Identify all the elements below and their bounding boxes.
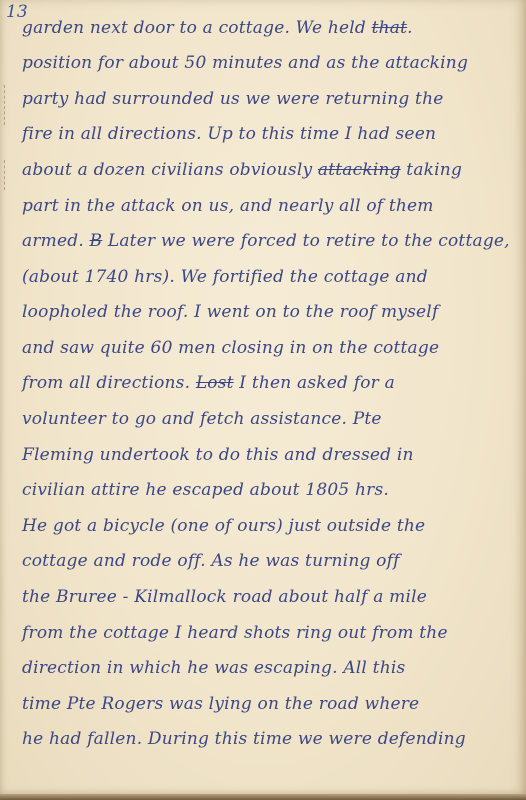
line-text: garden next door to a cottage. We held: [22, 18, 372, 38]
handwritten-line: armed. B Later we were forced to retire …: [22, 231, 520, 251]
line-text: armed.: [22, 231, 90, 251]
handwritten-line: part in the attack on us, and nearly all…: [22, 196, 520, 216]
line-text: about a dozen civilians obviously: [22, 160, 318, 180]
line-text: time Pte Rogers was lying on the road wh…: [22, 694, 419, 714]
line-text-continued: I then asked for a: [234, 373, 395, 393]
handwritten-line: civilian attire he escaped about 1805 hr…: [22, 480, 520, 500]
margin-mark: [4, 160, 6, 190]
line-text: Fleming undertook to do this and dressed…: [22, 445, 414, 465]
line-text-continued: .: [407, 18, 413, 38]
page-bottom-edge: [0, 794, 526, 800]
line-text: cottage and rode off. As he was turning …: [22, 551, 400, 571]
handwritten-line: garden next door to a cottage. We held t…: [22, 18, 520, 38]
handwritten-line: position for about 50 minutes and as the…: [22, 53, 520, 73]
handwritten-line: he had fallen. During this time we were …: [22, 729, 520, 749]
line-text: part in the attack on us, and nearly all…: [22, 196, 434, 216]
struck-out-word: that: [372, 18, 408, 38]
struck-out-word: Lost: [196, 373, 234, 393]
handwritten-line: (about 1740 hrs). We fortified the cotta…: [22, 267, 520, 287]
line-text: civilian attire he escaped about 1805 hr…: [22, 480, 389, 500]
margin-mark: [4, 85, 6, 125]
handwritten-line: the Bruree - Kilmallock road about half …: [22, 587, 520, 607]
handwritten-line: from all directions. Lost I then asked f…: [22, 373, 520, 393]
line-text: and saw quite 60 men closing in on the c…: [22, 338, 439, 358]
handwritten-line: volunteer to go and fetch assistance. Pt…: [22, 409, 520, 429]
handwritten-line: from the cottage I heard shots ring out …: [22, 623, 520, 643]
line-text: He got a bicycle (one of ours) just outs…: [22, 516, 425, 536]
handwritten-line: Fleming undertook to do this and dressed…: [22, 445, 520, 465]
line-text: party had surrounded us we were returnin…: [22, 89, 444, 109]
handwritten-line: direction in which he was escaping. All …: [22, 658, 520, 678]
handwritten-line: party had surrounded us we were returnin…: [22, 89, 520, 109]
handwritten-line: cottage and rode off. As he was turning …: [22, 551, 520, 571]
line-text: he had fallen. During this time we were …: [22, 729, 466, 749]
handwritten-line: and saw quite 60 men closing in on the c…: [22, 338, 520, 358]
document-page: 13 garden next door to a cottage. We hel…: [0, 0, 526, 800]
line-text-continued: taking: [401, 160, 462, 180]
struck-out-word: B: [90, 231, 103, 251]
handwritten-line: time Pte Rogers was lying on the road wh…: [22, 694, 520, 714]
line-text: (about 1740 hrs). We fortified the cotta…: [22, 267, 428, 287]
line-text: the Bruree - Kilmallock road about half …: [22, 587, 427, 607]
line-text: fire in all directions. Up to this time …: [22, 124, 436, 144]
handwritten-line: fire in all directions. Up to this time …: [22, 124, 520, 144]
line-text: position for about 50 minutes and as the…: [22, 53, 468, 73]
line-text: from all directions.: [22, 373, 196, 393]
struck-out-word: attacking: [318, 160, 401, 180]
handwritten-line: about a dozen civilians obviously attack…: [22, 160, 520, 180]
handwritten-line: loopholed the roof. I went on to the roo…: [22, 302, 520, 322]
line-text: direction in which he was escaping. All …: [22, 658, 405, 678]
line-text-continued: Later we were forced to retire to the co…: [102, 231, 510, 251]
line-text: from the cottage I heard shots ring out …: [22, 623, 448, 643]
handwritten-line: He got a bicycle (one of ours) just outs…: [22, 516, 520, 536]
line-text: volunteer to go and fetch assistance. Pt…: [22, 409, 382, 429]
line-text: loopholed the roof. I went on to the roo…: [22, 302, 438, 322]
